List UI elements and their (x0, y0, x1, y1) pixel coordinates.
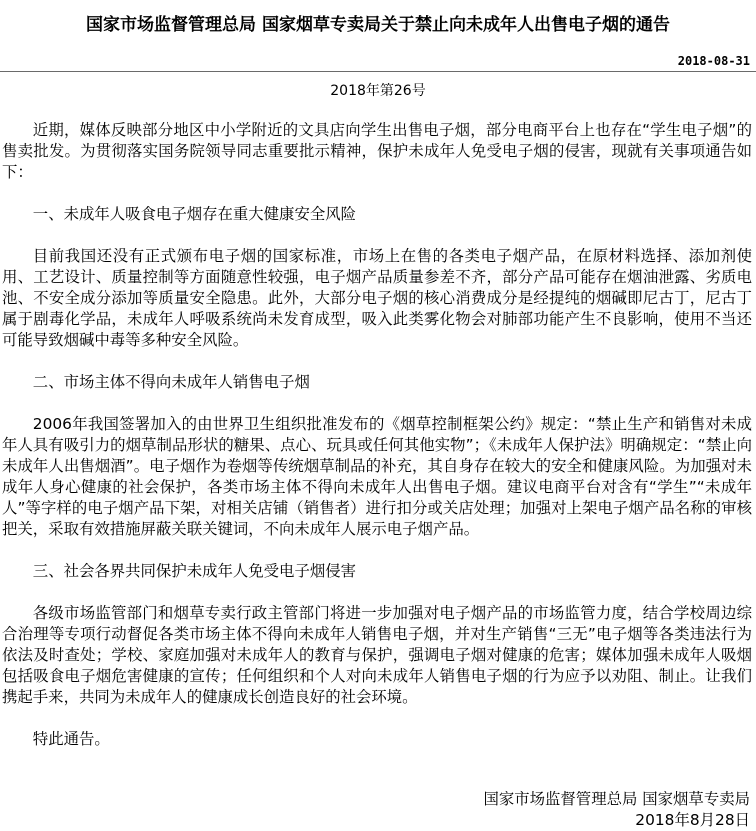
section-1-text: 目前我国还没有正式颁布电子烟的国家标准，市场上在售的各类电子烟产品，在原材料选择… (2, 246, 752, 351)
signature-issuers: 国家市场监督管理总局 国家烟草专卖局 (483, 789, 750, 810)
section-2-text: 2006年我国签署加入的由世界卫生组织批准发布的《烟草控制框架公约》规定：“禁止… (2, 414, 752, 540)
signature-block: 国家市场监督管理总局 国家烟草专卖局 2018年8月28日 (483, 789, 750, 831)
section-3-heading: 三、社会各界共同保护未成年人免受电子烟侵害 (2, 561, 752, 582)
section-2-heading: 二、市场主体不得向未成年人销售电子烟 (2, 372, 752, 393)
signature-date: 2018年8月28日 (483, 810, 750, 831)
intro-paragraph: 近期，媒体反映部分地区中小学附近的文具店向学生出售电子烟，部分电商平台上也存在“… (2, 120, 752, 183)
page-title: 国家市场监督管理总局 国家烟草专卖局关于禁止向未成年人出售电子烟的通告 (0, 14, 756, 36)
section-3-text: 各级市场监管部门和烟草专卖行政主管部门将进一步加强对电子烟产品的市场监管力度，结… (2, 603, 752, 708)
notice-body: 近期，媒体反映部分地区中小学附近的文具店向学生出售电子烟，部分电商平台上也存在“… (2, 120, 752, 771)
section-1-heading: 一、未成年人吸食电子烟存在重大健康安全风险 (2, 204, 752, 225)
publish-date: 2018-08-31 (678, 54, 750, 68)
header-divider (0, 71, 756, 72)
document-number: 2018年第26号 (0, 82, 756, 100)
closing-line: 特此通告。 (2, 729, 752, 750)
